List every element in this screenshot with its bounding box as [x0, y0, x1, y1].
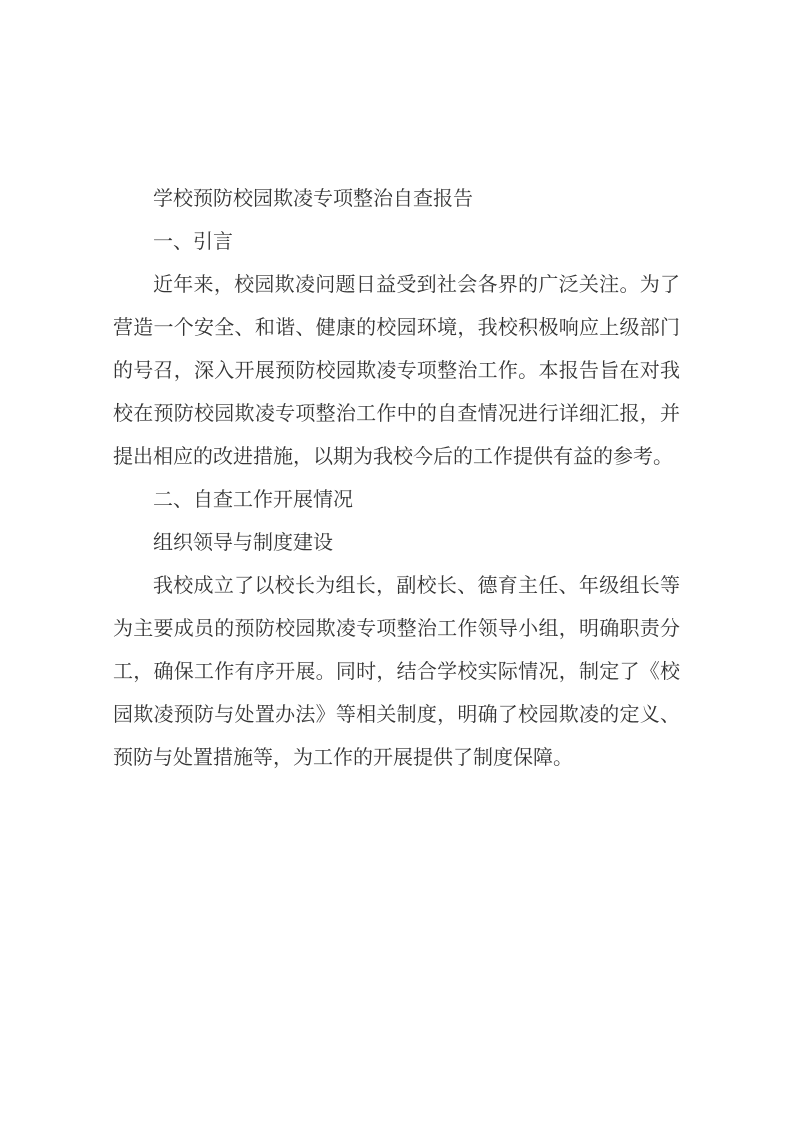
document-content: 学校预防校园欺凌专项整治自查报告 一、引言 近年来，校园欺凌问题日益受到社会各界… [0, 0, 793, 780]
section-heading-introduction: 一、引言 [113, 221, 680, 264]
document-title: 学校预防校园欺凌专项整治自查报告 [113, 178, 680, 221]
paragraph-organization: 我校成立了以校长为组长，副校长、德育主任、年级组长等为主要成员的预防校园欺凌专项… [113, 565, 680, 780]
section-heading-self-inspection: 二、自查工作开展情况 [113, 479, 680, 522]
document-page: 学校预防校园欺凌专项整治自查报告 一、引言 近年来，校园欺凌问题日益受到社会各界… [0, 0, 793, 1122]
subsection-heading-organization: 组织领导与制度建设 [113, 522, 680, 565]
paragraph-introduction: 近年来，校园欺凌问题日益受到社会各界的广泛关注。为了营造一个安全、和谐、健康的校… [113, 264, 680, 479]
